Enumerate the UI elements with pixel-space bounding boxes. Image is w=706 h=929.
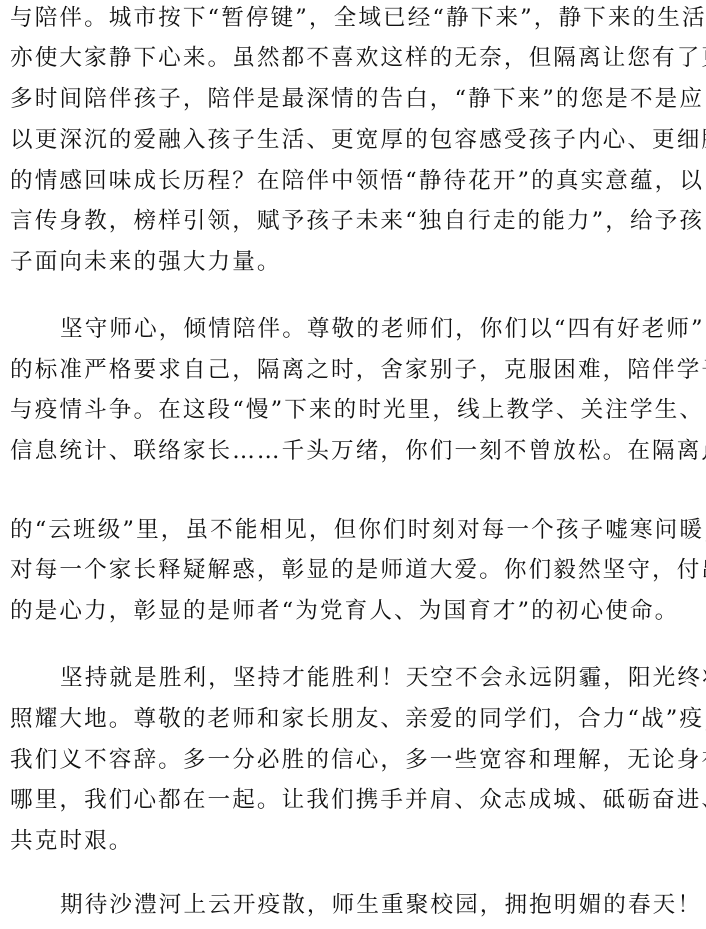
- text-line: 哪里，我们心都在一起。让我们携手并肩、众志成城、砥砺奋进、: [10, 784, 706, 816]
- text-line: 与陪伴。城市按下“暂停键”，全域已经“静下来”，静下来的生活，: [10, 2, 706, 34]
- closing-line: 期待沙澧河上云开疫散，师生重聚校园，拥抱明媚的春天！: [60, 889, 702, 921]
- text-line: 对每一个家长释疑解惑，彰显的是师道大爱。你们毅然坚守，付出: [10, 554, 706, 586]
- text-line: 照耀大地。尊敬的老师和家长朋友、亲爱的同学们，合力“战”疫，: [10, 703, 706, 735]
- paragraph-start-line: 坚守师心，倾情陪伴。尊敬的老师们，你们以“四有好老师”: [60, 313, 705, 345]
- text-line: 言传身教，榜样引领，赋予孩子未来“独自行走的能力”，给予孩: [10, 205, 704, 237]
- text-line: 的“云班级”里，虽不能相见，但你们时刻对每一个孩子嘘寒问暖，: [10, 514, 706, 546]
- text-line: 亦使大家静下心来。虽然都不喜欢这样的无奈，但隔离让您有了更: [10, 42, 706, 74]
- text-line: 的是心力，彰显的是师者“为党育人、为国育才”的初心使命。: [10, 595, 679, 627]
- text-line: 的标准严格要求自己，隔离之时，舍家别子，克服困难，陪伴学子，: [10, 354, 706, 386]
- text-line: 以更深沉的爱融入孩子生活、更宽厚的包容感受孩子内心、更细腻: [10, 124, 706, 156]
- text-line: 信息统计、联络家长……千头万绪，你们一刻不曾放松。在隔离点: [10, 435, 706, 467]
- text-line: 我们义不容辞。多一分必胜的信心，多一些宽容和理解，无论身在: [10, 744, 706, 776]
- text-line: 子面向未来的强大力量。: [10, 246, 282, 278]
- paragraph-start-line: 坚持就是胜利，坚持才能胜利！天空不会永远阴霾，阳光终将: [60, 662, 706, 694]
- text-line: 共克时艰。: [10, 825, 133, 857]
- text-line: 与疫情斗争。在这段“慢”下来的时光里，线上教学、关注学生、: [10, 394, 704, 426]
- text-line: 的情感回味成长历程？在陪伴中领悟“静待花开”的真实意蕴，以: [10, 165, 704, 197]
- text-line: 多时间陪伴孩子，陪伴是最深情的告白，“静下来”的您是不是应: [10, 83, 704, 115]
